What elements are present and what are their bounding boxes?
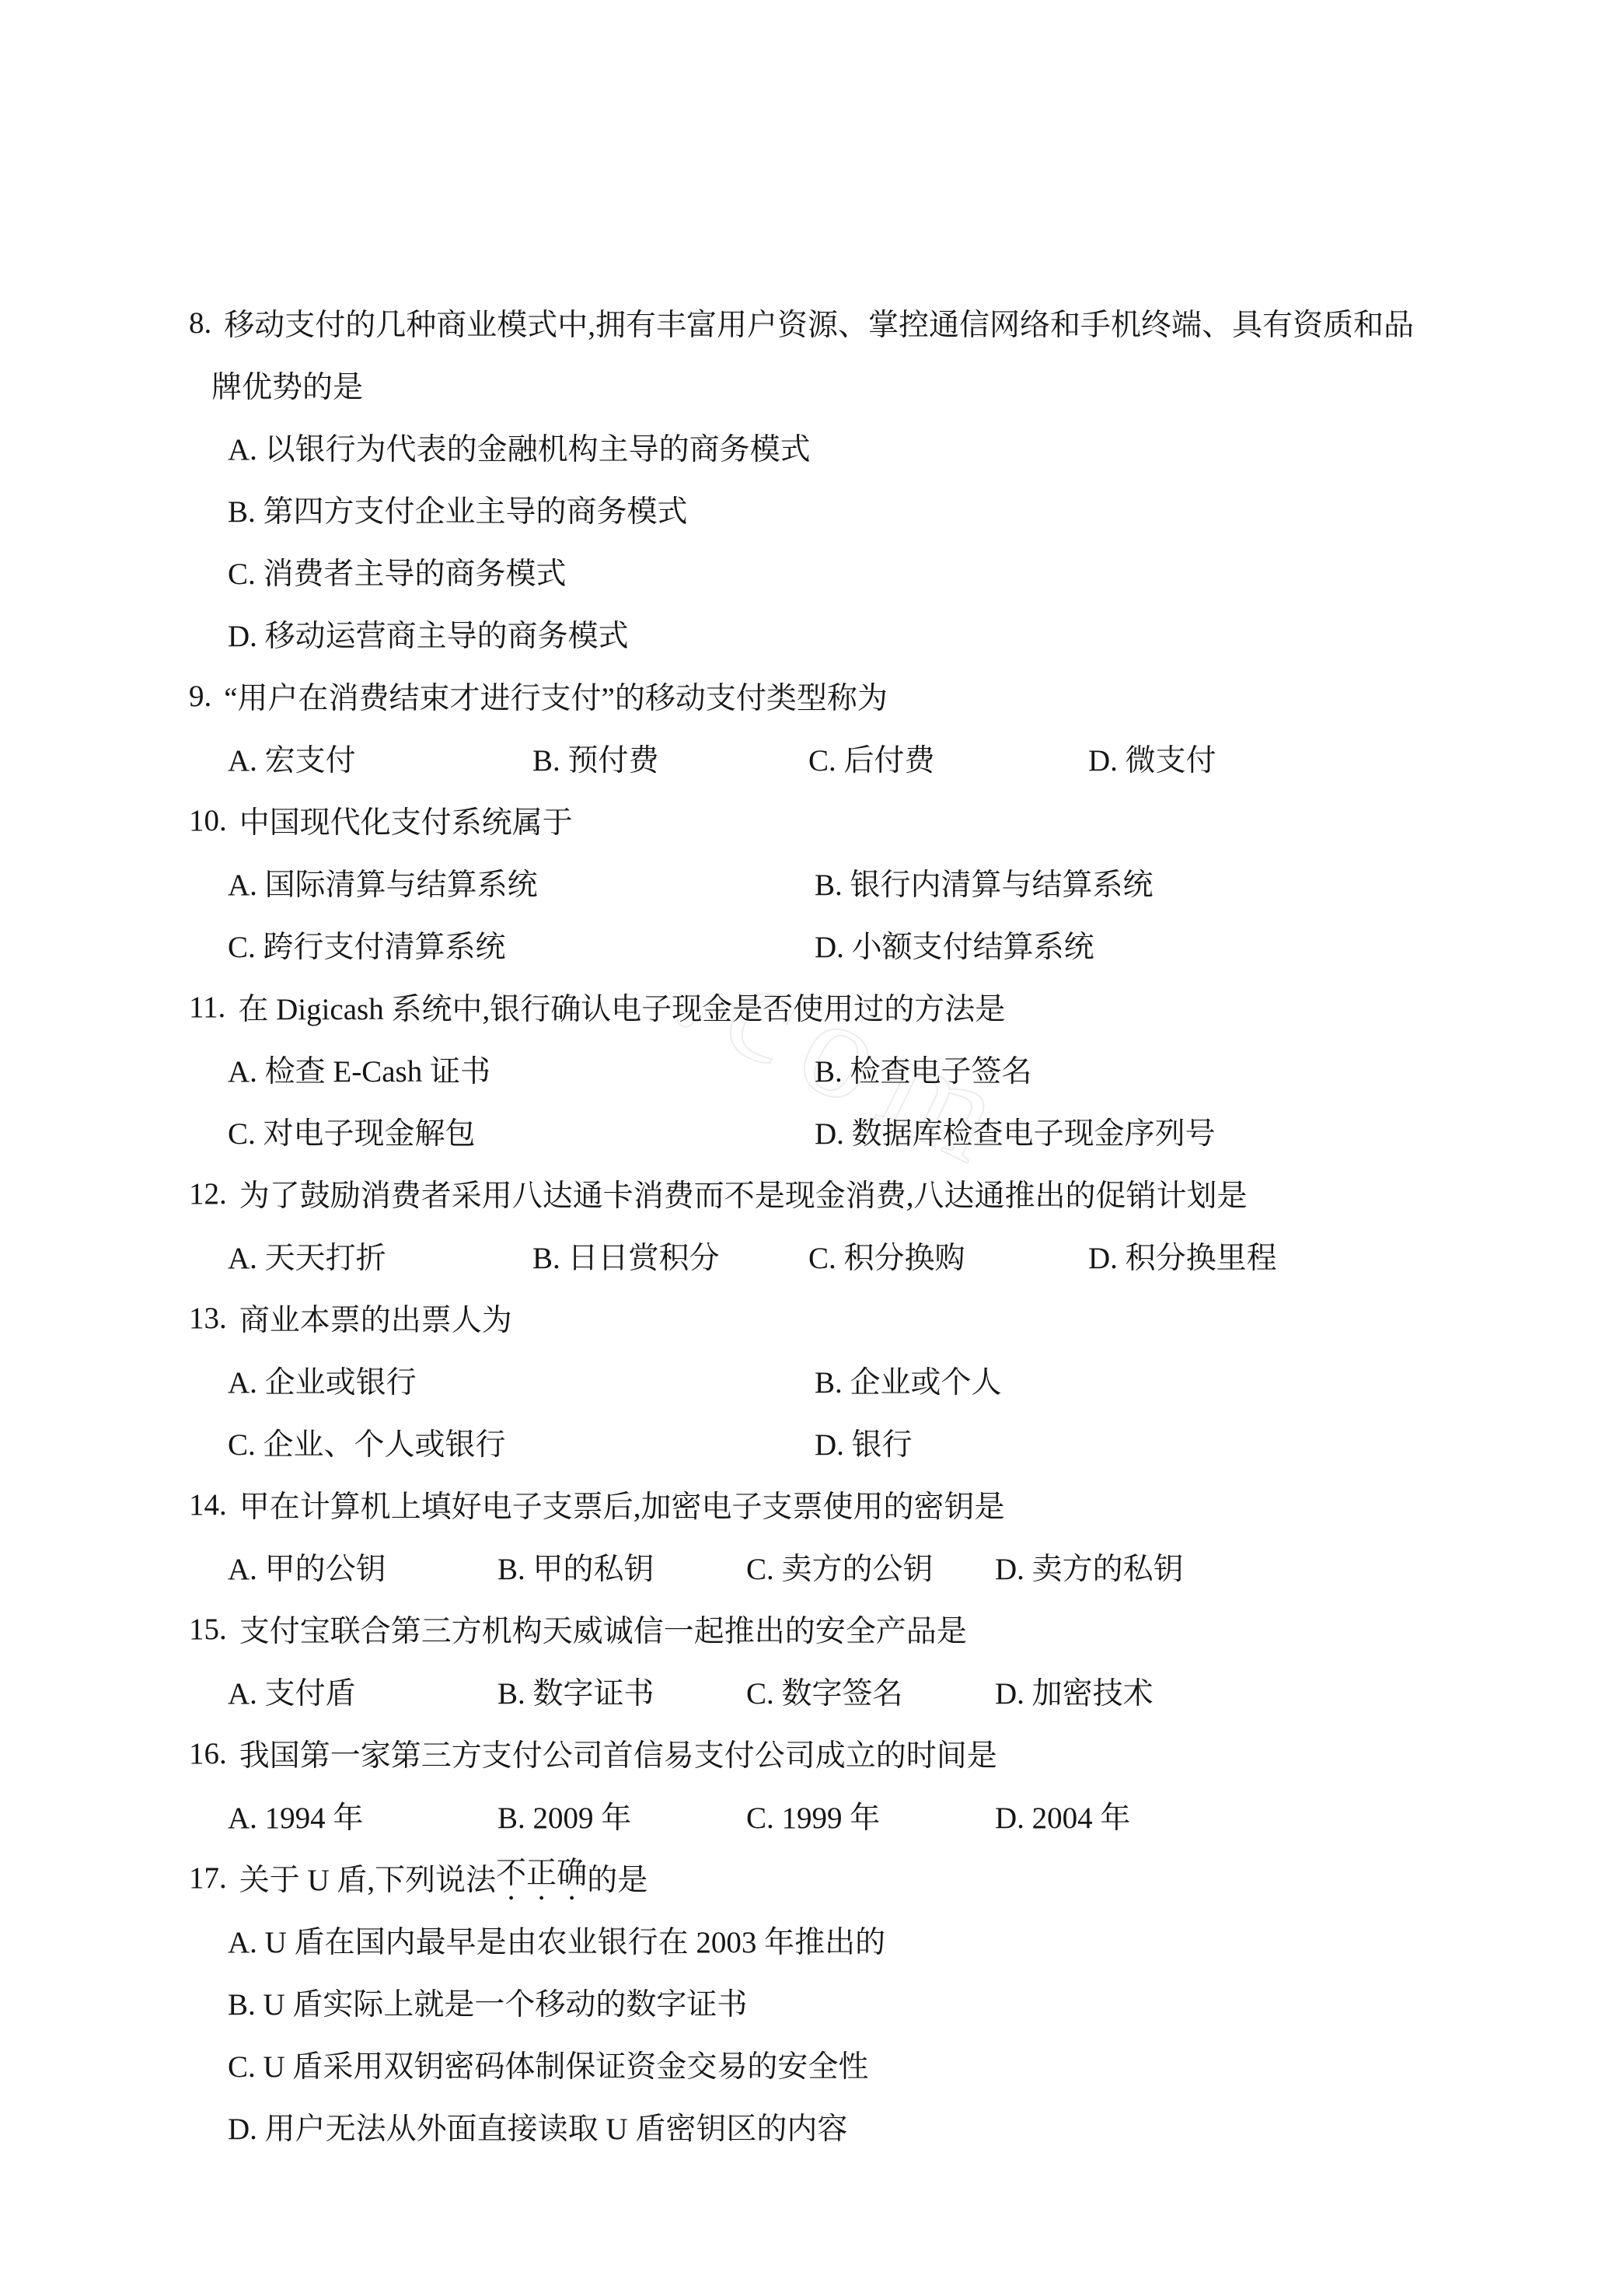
question-13-options-row-1: A. 企业或银行 B. 企业或个人 xyxy=(0,1349,1616,1411)
question-14-options-row: A. 甲的公钥 B. 甲的私钥 C. 卖方的公钥 D. 卖方的私钥 xyxy=(0,1536,1616,1598)
question-11-options-row-1: A. 检查 E-Cash 证书 B. 检查电子签名 xyxy=(0,1038,1616,1100)
question-15-number: 15. xyxy=(189,1612,227,1647)
question-15-option-c: C. 数字签名 xyxy=(746,1669,995,1713)
question-9-number: 9. xyxy=(189,679,211,714)
question-16-number: 16. xyxy=(189,1736,227,1771)
question-13-stem-text: 商业本票的出票人为 xyxy=(239,1296,512,1340)
question-9-option-a: A. 宏支付 xyxy=(228,736,532,780)
question-8-stem-row: 8. 移动支付的几种商业模式中,拥有丰富用户资源、掌控通信网络和手机终端、具有资… xyxy=(0,292,1616,354)
question-8-stem-text: 移动支付的几种商业模式中,拥有丰富用户资源、掌控通信网络和手机终端、具有资质和品 xyxy=(224,301,1414,344)
question-17-stem-row: 17. 关于 U 盾,下列说法 不正确 的是 xyxy=(0,1847,1616,1909)
question-list: 8. 移动支付的几种商业模式中,拥有丰富用户资源、掌控通信网络和手机终端、具有资… xyxy=(0,292,1616,2158)
question-8-option-b: B. 第四方支付企业主导的商务模式 xyxy=(228,488,688,531)
question-17-stem-text-post: 的是 xyxy=(587,1856,647,1899)
question-15-option-a: A. 支付盾 xyxy=(228,1669,497,1713)
question-14-option-b: B. 甲的私钥 xyxy=(497,1545,746,1588)
question-11-option-d: D. 数据库检查电子现金序列号 xyxy=(815,1110,1216,1153)
question-12-option-a: A. 天天打折 xyxy=(228,1234,532,1277)
question-11-option-c: C. 对电子现金解包 xyxy=(228,1110,815,1153)
question-8: 8. 移动支付的几种商业模式中,拥有丰富用户资源、掌控通信网络和手机终端、具有资… xyxy=(0,292,1616,665)
question-11-stem-row: 11. 在 Digicash 系统中,银行确认电子现金是否使用过的方法是 xyxy=(0,976,1616,1038)
question-14-option-a: A. 甲的公钥 xyxy=(228,1545,497,1588)
question-8-option-c-row: C. 消费者主导的商务模式 xyxy=(0,540,1616,603)
question-17-option-d-row: D. 用户无法从外面直接读取 U 盾密钥区的内容 xyxy=(0,2095,1616,2158)
question-16-stem-row: 16. 我国第一家第三方支付公司首信易支付公司成立的时间是 xyxy=(0,1722,1616,1784)
question-10-option-c: C. 跨行支付清算系统 xyxy=(228,923,815,966)
question-17-stem-emphasis: 不正确 xyxy=(496,1849,587,1907)
question-10-options-row-1: A. 国际清算与结算系统 B. 银行内清算与结算系统 xyxy=(0,851,1616,914)
question-10-option-d: D. 小额支付结算系统 xyxy=(815,923,1094,966)
question-17-option-a: A. U 盾在国内最早是由农业银行在 2003 年推出的 xyxy=(228,1918,885,1962)
question-13: 13. 商业本票的出票人为 A. 企业或银行 B. 企业或个人 C. 企业、个人… xyxy=(0,1287,1616,1473)
question-10-stem-text: 中国现代化支付系统属于 xyxy=(239,799,573,842)
question-16-option-c: C. 1999 年 xyxy=(746,1794,995,1837)
question-12: 12. 为了鼓励消费者采用八达通卡消费而不是现金消费,八达通推出的促销计划是 A… xyxy=(0,1162,1616,1287)
question-13-stem-row: 13. 商业本票的出票人为 xyxy=(0,1287,1616,1349)
question-9-option-b: B. 预付费 xyxy=(532,736,808,780)
question-14-stem-text: 甲在计算机上填好电子支票后,加密电子支票使用的密钥是 xyxy=(239,1483,1005,1526)
question-11: 11. 在 Digicash 系统中,银行确认电子现金是否使用过的方法是 A. … xyxy=(0,976,1616,1162)
question-12-options-row: A. 天天打折 B. 日日赏积分 C. 积分换购 D. 积分换里程 xyxy=(0,1225,1616,1287)
question-15: 15. 支付宝联合第三方机构天威诚信一起推出的安全产品是 A. 支付盾 B. 数… xyxy=(0,1598,1616,1722)
question-9-options-row: A. 宏支付 B. 预付费 C. 后付费 D. 微支付 xyxy=(0,727,1616,789)
question-15-options-row: A. 支付盾 B. 数字证书 C. 数字签名 D. 加密技术 xyxy=(0,1660,1616,1722)
question-14-stem-row: 14. 甲在计算机上填好电子支票后,加密电子支票使用的密钥是 xyxy=(0,1473,1616,1536)
question-11-option-b: B. 检查电子签名 xyxy=(815,1047,1032,1091)
question-12-stem-row: 12. 为了鼓励消费者采用八达通卡消费而不是现金消费,八达通推出的促销计划是 xyxy=(0,1162,1616,1225)
question-12-option-c: C. 积分换购 xyxy=(808,1234,1088,1277)
question-13-option-c: C. 企业、个人或银行 xyxy=(228,1421,815,1464)
question-10-options-row-2: C. 跨行支付清算系统 D. 小额支付结算系统 xyxy=(0,914,1616,976)
question-13-options-row-2: C. 企业、个人或银行 D. 银行 xyxy=(0,1411,1616,1473)
question-10: 10. 中国现代化支付系统属于 A. 国际清算与结算系统 B. 银行内清算与结算… xyxy=(0,789,1616,976)
question-8-option-c: C. 消费者主导的商务模式 xyxy=(228,550,567,593)
question-9-option-d: D. 微支付 xyxy=(1088,736,1216,780)
question-9-option-c: C. 后付费 xyxy=(808,736,1088,780)
question-16-options-row: A. 1994 年 B. 2009 年 C. 1999 年 D. 2004 年 xyxy=(0,1784,1616,1847)
question-9-stem-row: 9. “用户在消费结束才进行支付”的移动支付类型称为 xyxy=(0,665,1616,727)
question-12-stem-text: 为了鼓励消费者采用八达通卡消费而不是现金消费,八达通推出的促销计划是 xyxy=(239,1172,1248,1215)
question-14-option-c: C. 卖方的公钥 xyxy=(746,1545,995,1588)
question-10-option-a: A. 国际清算与结算系统 xyxy=(228,861,815,904)
question-12-option-b: B. 日日赏积分 xyxy=(532,1234,808,1277)
question-8-option-a: A. 以银行为代表的金融机构主导的商务模式 xyxy=(228,425,811,469)
question-8-number: 8. xyxy=(189,306,211,341)
question-17-option-b: B. U 盾实际上就是一个移动的数字证书 xyxy=(228,1980,747,2024)
question-17-stem-text-pre: 关于 U 盾,下列说法 xyxy=(239,1856,496,1899)
question-8-option-d: D. 移动运营商主导的商务模式 xyxy=(228,612,629,655)
question-13-number: 13. xyxy=(189,1301,227,1336)
question-15-option-d: D. 加密技术 xyxy=(995,1669,1154,1713)
question-10-option-b: B. 银行内清算与结算系统 xyxy=(815,861,1154,904)
question-17-option-c-row: C. U 盾采用双钥密码体制保证资金交易的安全性 xyxy=(0,2033,1616,2095)
question-17-option-c: C. U 盾采用双钥密码体制保证资金交易的安全性 xyxy=(228,2043,868,2086)
question-8-stem-text-2: 牌优势的是 xyxy=(211,363,363,407)
question-16: 16. 我国第一家第三方支付公司首信易支付公司成立的时间是 A. 1994 年 … xyxy=(0,1722,1616,1847)
question-17: 17. 关于 U 盾,下列说法 不正确 的是 A. U 盾在国内最早是由农业银行… xyxy=(0,1847,1616,2158)
question-8-option-a-row: A. 以银行为代表的金融机构主导的商务模式 xyxy=(0,416,1616,478)
question-8-option-d-row: D. 移动运营商主导的商务模式 xyxy=(0,603,1616,665)
question-8-stem-continuation: 牌优势的是 xyxy=(0,354,1616,416)
question-16-option-b: B. 2009 年 xyxy=(497,1794,746,1837)
question-11-option-a: A. 检查 E-Cash 证书 xyxy=(228,1047,815,1091)
question-17-option-b-row: B. U 盾实际上就是一个移动的数字证书 xyxy=(0,1971,1616,2033)
question-15-stem-text: 支付宝联合第三方机构天威诚信一起推出的安全产品是 xyxy=(239,1607,967,1651)
question-17-option-a-row: A. U 盾在国内最早是由农业银行在 2003 年推出的 xyxy=(0,1909,1616,1971)
question-9-stem-text: “用户在消费结束才进行支付”的移动支付类型称为 xyxy=(224,674,888,718)
question-13-option-d: D. 银行 xyxy=(815,1421,913,1464)
question-13-option-a: A. 企业或银行 xyxy=(228,1358,815,1402)
question-16-option-d: D. 2004 年 xyxy=(995,1794,1130,1837)
question-14-option-d: D. 卖方的私钥 xyxy=(995,1545,1184,1588)
question-13-option-b: B. 企业或个人 xyxy=(815,1358,1002,1402)
question-14-number: 14. xyxy=(189,1487,227,1522)
question-15-option-b: B. 数字证书 xyxy=(497,1669,746,1713)
question-9: 9. “用户在消费结束才进行支付”的移动支付类型称为 A. 宏支付 B. 预付费… xyxy=(0,665,1616,789)
question-14: 14. 甲在计算机上填好电子支票后,加密电子支票使用的密钥是 A. 甲的公钥 B… xyxy=(0,1473,1616,1598)
question-12-number: 12. xyxy=(189,1176,227,1211)
question-10-number: 10. xyxy=(189,803,227,838)
exam-page: .com 8. 移动支付的几种商业模式中,拥有丰富用户资源、掌控通信网络和手机终… xyxy=(0,0,1616,2296)
question-16-stem-text: 我国第一家第三方支付公司首信易支付公司成立的时间是 xyxy=(239,1732,997,1775)
question-11-options-row-2: C. 对电子现金解包 D. 数据库检查电子现金序列号 xyxy=(0,1100,1616,1162)
question-11-stem-text: 在 Digicash 系统中,银行确认电子现金是否使用过的方法是 xyxy=(238,985,1005,1029)
question-15-stem-row: 15. 支付宝联合第三方机构天威诚信一起推出的安全产品是 xyxy=(0,1598,1616,1660)
question-16-option-a: A. 1994 年 xyxy=(228,1794,497,1837)
question-12-option-d: D. 积分换里程 xyxy=(1088,1234,1277,1277)
question-8-option-b-row: B. 第四方支付企业主导的商务模式 xyxy=(0,478,1616,540)
question-17-option-d: D. 用户无法从外面直接读取 U 盾密钥区的内容 xyxy=(228,2105,847,2148)
question-17-number: 17. xyxy=(189,1861,227,1896)
question-10-stem-row: 10. 中国现代化支付系统属于 xyxy=(0,789,1616,851)
question-11-number: 11. xyxy=(189,990,225,1025)
